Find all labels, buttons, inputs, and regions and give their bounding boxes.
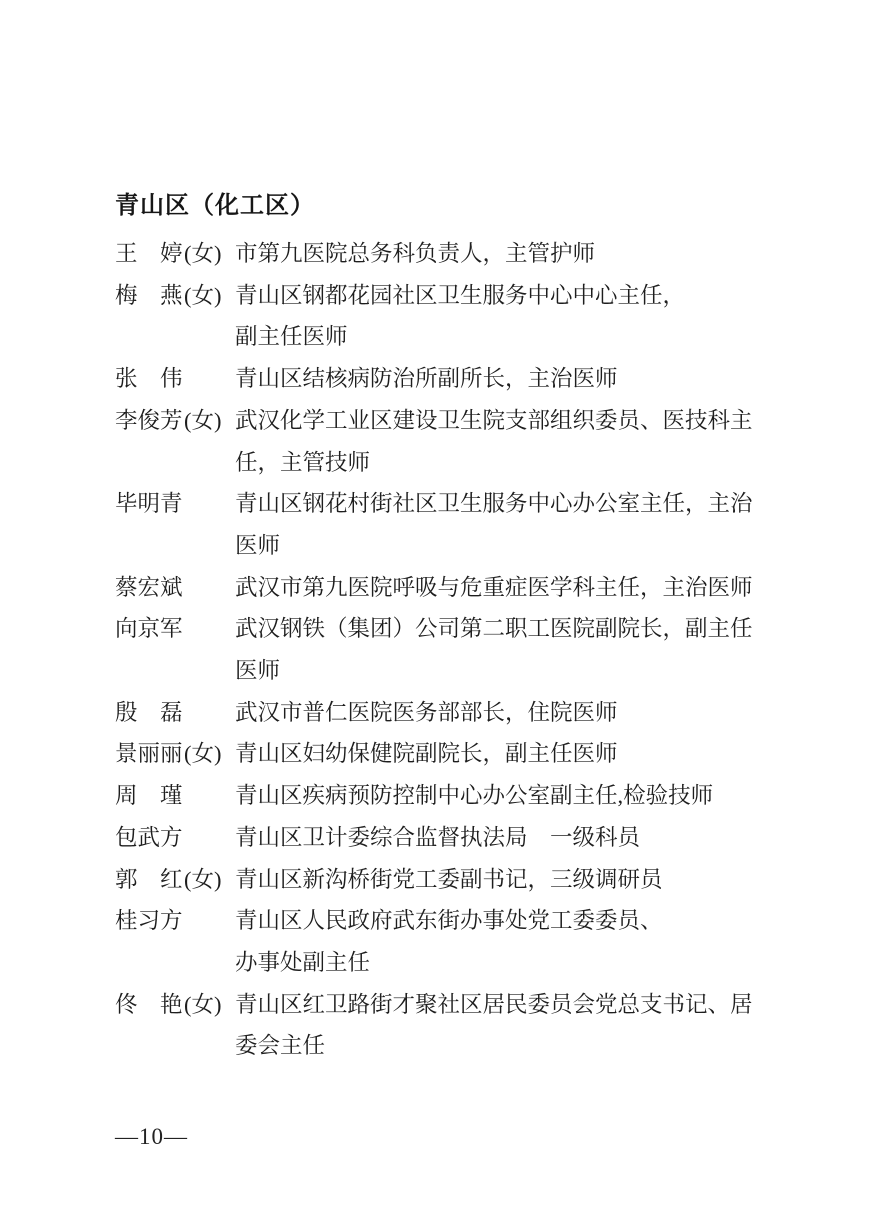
entry-name: 王 婷 (115, 233, 184, 275)
entry-row: 梅 燕 (女) 青山区钢都花园社区卫生服务中心中心主任，副主任医师 (115, 275, 797, 358)
document-page: 青山区（化工区） 王 婷 (女) 市第九医院总务科负责人，主管护师 梅 燕 (女… (0, 0, 892, 1230)
entry-name: 张 伟 (115, 358, 184, 400)
entry-description-line: 青山区结核病防治所副所长，主治医师 (235, 358, 797, 400)
entry-description: 青山区新沟桥街党工委副书记，三级调研员 (235, 859, 797, 901)
entry-description: 青山区人民政府武东街办事处党工委委员、办事处副主任 (235, 900, 797, 983)
entry-description-line: 委会主任 (235, 1025, 797, 1067)
entry-description-line: 任，主管技师 (235, 442, 797, 484)
entry-gender: (女) (184, 984, 235, 1026)
entry-gender: (女) (184, 233, 235, 275)
entry-description-line: 青山区钢花村街社区卫生服务中心办公室主任，主治 (235, 483, 797, 525)
entry-description: 武汉市第九医院呼吸与危重症医学科主任，主治医师 (235, 567, 797, 609)
entry-description: 青山区结核病防治所副所长，主治医师 (235, 358, 797, 400)
entry-description-line: 青山区人民政府武东街办事处党工委委员、 (235, 900, 797, 942)
page-number: —10— (115, 1120, 188, 1154)
entry-name: 毕明青 (115, 483, 184, 525)
entry-description-line: 武汉市第九医院呼吸与危重症医学科主任，主治医师 (235, 567, 797, 609)
entry-description: 武汉钢铁（集团）公司第二职工医院副院长，副主任医师 (235, 608, 797, 691)
entry-description-line: 青山区疾病预防控制中心办公室副主任,检验技师 (235, 775, 797, 817)
entry-description: 青山区钢花村街社区卫生服务中心办公室主任，主治医师 (235, 483, 797, 566)
entry-name: 佟 艳 (115, 984, 184, 1026)
entry-description-line: 市第九医院总务科负责人，主管护师 (235, 233, 797, 275)
entry-description-line: 办事处副主任 (235, 942, 797, 984)
entry-gender: (女) (184, 859, 235, 901)
entry-name: 周 瑾 (115, 775, 184, 817)
entry-name: 桂习方 (115, 900, 184, 942)
entry-row: 桂习方 青山区人民政府武东街办事处党工委委员、办事处副主任 (115, 900, 797, 983)
entry-row: 王 婷 (女) 市第九医院总务科负责人，主管护师 (115, 233, 797, 275)
entry-description-line: 医师 (235, 525, 797, 567)
entry-name: 向京军 (115, 608, 184, 650)
entry-description-line: 青山区妇幼保健院副院长，副主任医师 (235, 733, 797, 775)
entry-description: 青山区疾病预防控制中心办公室副主任,检验技师 (235, 775, 797, 817)
entry-row: 包武方 青山区卫计委综合监督执法局 一级科员 (115, 817, 797, 859)
entry-description-line: 武汉化学工业区建设卫生院支部组织委员、医技科主 (235, 400, 797, 442)
entry-row: 李俊芳 (女) 武汉化学工业区建设卫生院支部组织委员、医技科主任，主管技师 (115, 400, 797, 483)
entry-description: 青山区妇幼保健院副院长，副主任医师 (235, 733, 797, 775)
entry-row: 张 伟 青山区结核病防治所副所长，主治医师 (115, 358, 797, 400)
entry-row: 向京军 武汉钢铁（集团）公司第二职工医院副院长，副主任医师 (115, 608, 797, 691)
entry-description-line: 青山区钢都花园社区卫生服务中心中心主任， (235, 275, 797, 317)
entry-gender: (女) (184, 400, 235, 442)
entry-row: 佟 艳 (女) 青山区红卫路街才聚社区居民委员会党总支书记、居委会主任 (115, 984, 797, 1067)
entry-name: 包武方 (115, 817, 184, 859)
section-heading: 青山区（化工区） (115, 188, 315, 224)
entry-description-line: 副主任医师 (235, 316, 797, 358)
entry-description-line: 青山区新沟桥街党工委副书记，三级调研员 (235, 859, 797, 901)
entry-row: 周 瑾 青山区疾病预防控制中心办公室副主任,检验技师 (115, 775, 797, 817)
entry-row: 殷 磊 武汉市普仁医院医务部部长，住院医师 (115, 692, 797, 734)
entry-list: 王 婷 (女) 市第九医院总务科负责人，主管护师 梅 燕 (女) 青山区钢都花园… (115, 233, 797, 1067)
entry-name: 李俊芳 (115, 400, 184, 442)
entry-description-line: 医师 (235, 650, 797, 692)
entry-row: 景丽丽 (女) 青山区妇幼保健院副院长，副主任医师 (115, 733, 797, 775)
entry-description-line: 武汉钢铁（集团）公司第二职工医院副院长，副主任 (235, 608, 797, 650)
entry-gender: (女) (184, 275, 235, 317)
entry-row: 毕明青 青山区钢花村街社区卫生服务中心办公室主任，主治医师 (115, 483, 797, 566)
entry-description: 市第九医院总务科负责人，主管护师 (235, 233, 797, 275)
entry-description-line: 青山区红卫路街才聚社区居民委员会党总支书记、居 (235, 984, 797, 1026)
entry-row: 郭 红 (女) 青山区新沟桥街党工委副书记，三级调研员 (115, 859, 797, 901)
entry-description-line: 武汉市普仁医院医务部部长，住院医师 (235, 692, 797, 734)
entry-description: 武汉化学工业区建设卫生院支部组织委员、医技科主任，主管技师 (235, 400, 797, 483)
entry-description: 青山区红卫路街才聚社区居民委员会党总支书记、居委会主任 (235, 984, 797, 1067)
entry-name: 蔡宏斌 (115, 567, 184, 609)
entry-description: 青山区卫计委综合监督执法局 一级科员 (235, 817, 797, 859)
entry-description: 武汉市普仁医院医务部部长，住院医师 (235, 692, 797, 734)
entry-row: 蔡宏斌 武汉市第九医院呼吸与危重症医学科主任，主治医师 (115, 567, 797, 609)
entry-description-line: 青山区卫计委综合监督执法局 一级科员 (235, 817, 797, 859)
entry-description: 青山区钢都花园社区卫生服务中心中心主任，副主任医师 (235, 275, 797, 358)
entry-name: 景丽丽 (115, 733, 184, 775)
entry-name: 郭 红 (115, 859, 184, 901)
entry-name: 殷 磊 (115, 692, 184, 734)
entry-name: 梅 燕 (115, 275, 184, 317)
entry-gender: (女) (184, 733, 235, 775)
